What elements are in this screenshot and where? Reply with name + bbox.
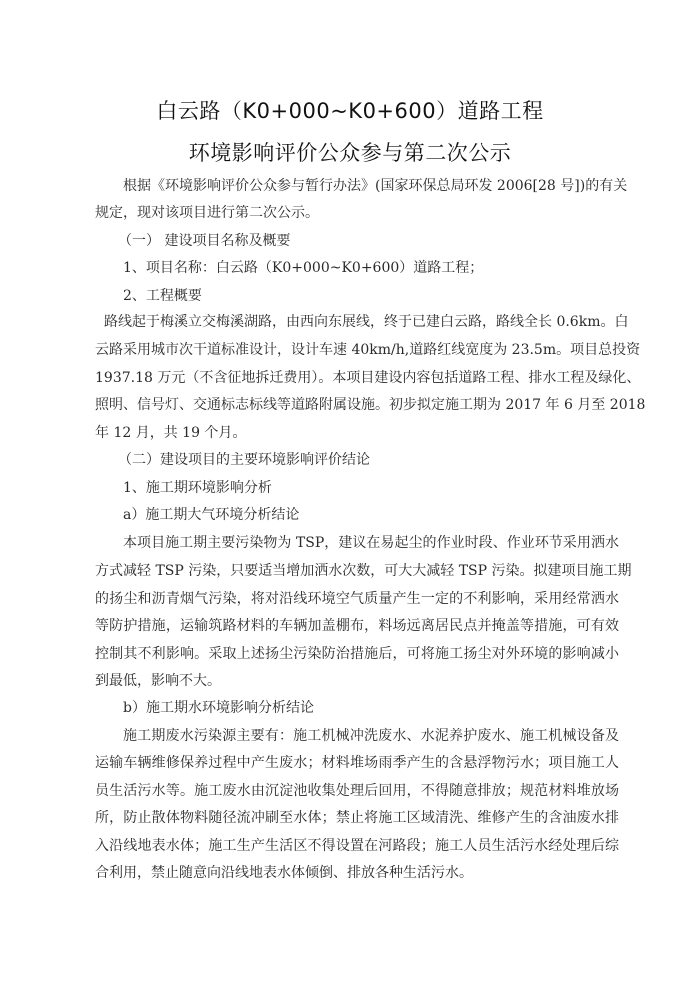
overview-paragraph-line: 云路采用城市次干道标准设计，设计车速 40km/h,道路红线宽度为 23.5m。… (95, 340, 619, 360)
section-1-heading: （一） 建设项目名称及概要 (118, 231, 290, 251)
project-name-item: 1、项目名称：白云路（K0+000~K0+600）道路工程； (123, 258, 483, 278)
air-paragraph-line: 的扬尘和沥青烟气污染，将对沿线环境空气质量产生一定的不利影响，采用经常洒水 (95, 589, 619, 609)
section-2-heading: （二）建设项目的主要环境影响评价结论 (118, 450, 370, 470)
water-paragraph-line: 入沿线地表水体；施工生产生活区不得设置在河路段；施工人员生活污水经处理后综 (95, 836, 619, 856)
document-title-line-2: 环境影响评价公众参与第二次公示 (0, 137, 700, 167)
water-paragraph-line: 施工期废水污染源主要有：施工机械冲洗废水、水泥养护废水、施工机械设备及 (123, 726, 619, 746)
overview-paragraph-line: 1937.18 万元（不含征地拆迁费用）。本项目建设内容包括道路工程、排水工程及… (95, 368, 619, 388)
air-paragraph-line: 到最低，影响不大。 (95, 671, 619, 691)
water-paragraph-line: 合利用，禁止随意向沿线地表水体倾倒、排放各种生活污水。 (95, 863, 619, 883)
project-overview-heading: 2、工程概要 (123, 286, 202, 306)
water-paragraph-line: 所，防止散体物料随径流冲刷至水体；禁止将施工区域清洗、维修产生的含油废水排 (95, 808, 619, 828)
document-page: 白云路（K0+000~K0+600）道路工程 环境影响评价公众参与第二次公示 根… (0, 0, 700, 989)
air-paragraph-line: 控制其不利影响。采取上述扬尘污染防治措施后，可将施工扬尘对外环境的影响减小 (95, 644, 619, 664)
water-paragraph-line: 运输车辆维修保养过程中产生废水；材料堆场雨季产生的含悬浮物污水；项目施工人 (95, 753, 619, 773)
overview-paragraph-line: 年 12 月，共 19 个月。 (95, 423, 619, 443)
document-title-line-1: 白云路（K0+000~K0+600）道路工程 (0, 95, 700, 125)
water-paragraph-line: 员生活污水等。施工废水由沉淀池收集处理后回用，不得随意排放；规范材料堆放场 (95, 781, 619, 801)
overview-paragraph-line: 照明、信号灯、交通标志标线等道路附属设施。初步拟定施工期为 2017 年 6 月… (95, 395, 619, 415)
water-environment-heading: b）施工期水环境影响分析结论 (123, 698, 314, 718)
air-paragraph-line: 等防护措施，运输筑路材料的车辆加盖棚布，料场远离居民点并掩盖等措施，可有效 (95, 616, 619, 636)
air-environment-heading: a）施工期大气环境分析结论 (123, 505, 299, 525)
intro-paragraph-line: 根据《环境影响评价公众参与暂行办法》(国家环保总局环发 2006[28 号])的… (123, 176, 619, 196)
air-paragraph-line: 本项目施工期主要污染物为 TSP，建议在易起尘的作业时段、作业环节采用洒水 (123, 533, 619, 553)
air-paragraph-line: 方式减轻 TSP 污染，只要适当增加洒水次数，可大大减轻 TSP 污染。拟建项目… (95, 561, 619, 581)
intro-paragraph-line: 规定，现对该项目进行第二次公示。 (95, 203, 619, 223)
overview-paragraph-line: 路线起于梅溪立交梅溪湖路，由西向东展线，终于已建白云路，路线全长 0.6km。白 (104, 312, 619, 332)
construction-impact-heading: 1、施工期环境影响分析 (123, 478, 272, 498)
